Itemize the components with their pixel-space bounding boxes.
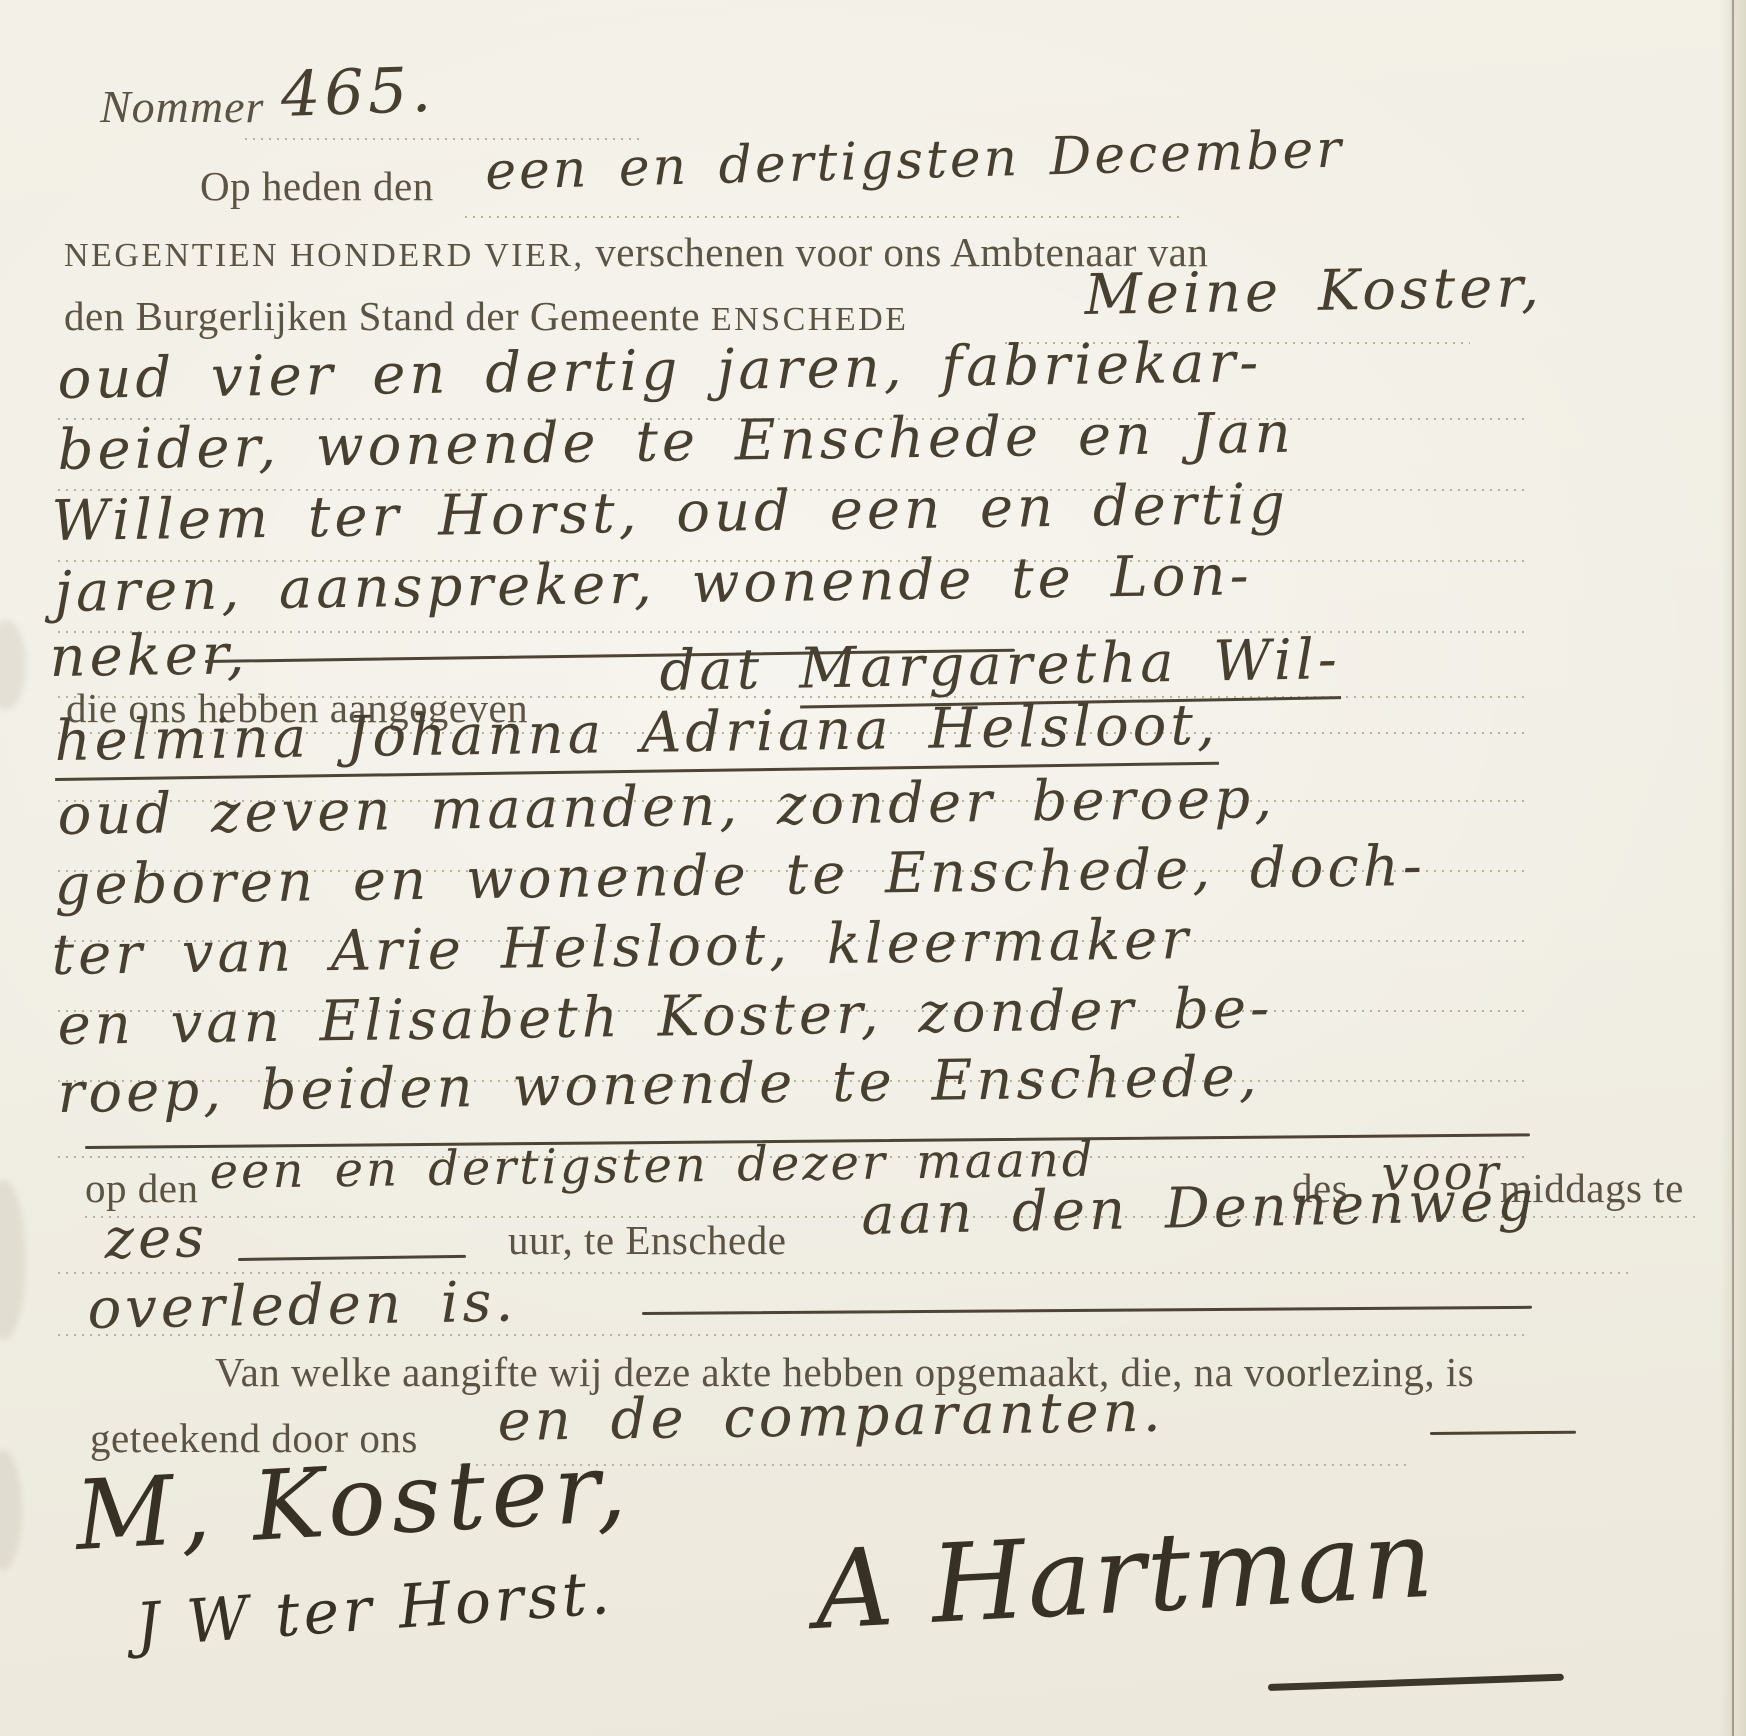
date-intro-printed: Op heden den [200, 166, 434, 207]
declarants-line-1: oud vier en dertig jaren, fabriekar- [57, 335, 1262, 408]
deceased-name-part-2: helmina Johanna Adriana Helsloot, [54, 693, 1219, 781]
signature-underline [1268, 1674, 1564, 1691]
registrar-name-handwritten: Meine Koster, [1084, 260, 1543, 324]
signature-registrar: A Hartman [812, 1506, 1437, 1646]
signature-declarant-koster: M, Koster, [73, 1439, 634, 1564]
signature-declarant-terhorst: J W ter Horst. [134, 1563, 615, 1656]
registrar-city: ENSCHEDE [711, 301, 909, 338]
dotted-rule [465, 216, 1180, 218]
declarants-line-4: jaren, aanspreker, wonende te Lon- [54, 548, 1253, 621]
bleed-mark [0, 1180, 26, 1340]
deceased-line-6: roep, beiden wonende te Enschede, [57, 1049, 1261, 1122]
registrar-line: den Burgerlijken Stand der Gemeente ENSC… [64, 296, 908, 337]
registrar-prefix: den Burgerlijken Stand der Gemeente [64, 293, 700, 339]
deceased-line-5: en van Elisabeth Koster, zonder be- [57, 981, 1273, 1054]
declaration-handwritten: dat Margaretha Wil- [659, 632, 1341, 700]
death-place-handwritten: aan den Dennenweg [861, 1174, 1538, 1244]
overleden-filler-dash [642, 1306, 1532, 1315]
bleed-mark [0, 1450, 22, 1570]
hour-filler-dash [238, 1255, 466, 1261]
declaration-handwritten-plain: dat [659, 637, 800, 704]
year-caps: NEGENTIEN HONDERD VIER, [64, 237, 585, 274]
declarants-line-5: neker, [49, 627, 248, 686]
page-edge-line [1732, 0, 1734, 1736]
deceased-line-4: ter van Arie Helsloot, kleermaker [51, 912, 1192, 984]
dotted-rule [58, 1334, 1530, 1336]
year-line: NEGENTIEN HONDERD VIER, verschenen voor … [64, 232, 1208, 273]
death-certificate-page: Nommer 465. Op heden den een en dertigst… [0, 0, 1746, 1736]
overleden-handwritten: overleden is. [87, 1275, 518, 1338]
declarants-line-3: Willem ter Horst, oud een en dertig [51, 477, 1289, 550]
death-hour-handwritten: zes [104, 1210, 208, 1268]
bleed-mark [0, 620, 26, 710]
deceased-line-1: helmina Johanna Adriana Helsloot, [54, 698, 1219, 770]
declarants-line-2: beider, wonende te Enschede en Jan [57, 406, 1295, 479]
closing-filler-dash [1430, 1431, 1576, 1435]
number-value: 465. [280, 59, 436, 126]
death-date-prefix: op den [85, 1168, 198, 1209]
deceased-line-2: oud zeven maanden, zonder beroep, [57, 771, 1276, 844]
date-intro-handwritten: een en dertigsten December [485, 124, 1345, 198]
number-label: Nommer [100, 84, 264, 130]
death-uur-printed: uur, te Enschede [508, 1220, 786, 1261]
deceased-line-3: geboren en wonende te Enschede, doch- [54, 839, 1426, 914]
